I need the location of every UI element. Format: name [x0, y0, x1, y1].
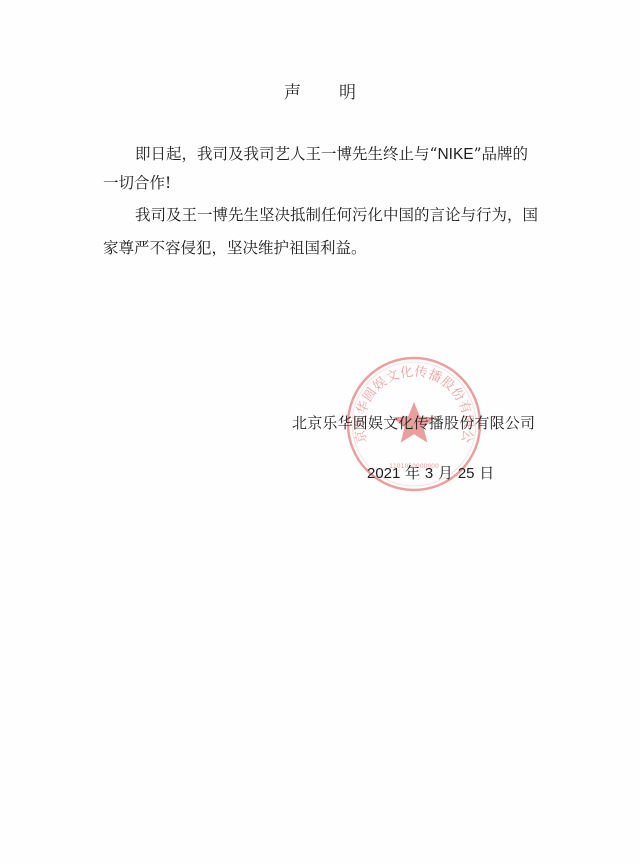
- page-title: 声明: [0, 78, 640, 103]
- date-year-unit: 年: [400, 464, 425, 482]
- date-day-unit: 日: [475, 464, 495, 482]
- paragraph-2: 我司及王一博先生坚决抵制任何污化中国的言论与行为，国家尊严不容侵犯，坚决维护祖国…: [103, 199, 543, 265]
- paragraph-1-text-before: 即日起，我司及我司艺人王一博先生终止与“: [135, 145, 437, 163]
- date-month: 3: [425, 465, 433, 482]
- document-page: 声明 即日起，我司及我司艺人王一博先生终止与“NIKE”品牌的一切合作! 我司及…: [0, 0, 640, 865]
- brand-name: NIKE: [437, 146, 473, 163]
- paragraph-1: 即日起，我司及我司艺人王一博先生终止与“NIKE”品牌的一切合作!: [103, 140, 543, 197]
- title-char-2: 明: [339, 78, 356, 103]
- signature-company: 北京乐华圆娱文化传播股份有限公司: [292, 412, 535, 433]
- title-char-1: 声: [284, 78, 301, 103]
- date-month-unit: 月: [433, 464, 458, 482]
- signature-date: 2021 年 3 月 25 日: [367, 462, 494, 483]
- date-year: 2021: [367, 465, 400, 482]
- date-day: 25: [458, 465, 475, 482]
- paragraph-2-text: 我司及王一博先生坚决抵制任何污化中国的言论与行为，国家尊严不容侵犯，坚决维护祖国…: [103, 206, 538, 257]
